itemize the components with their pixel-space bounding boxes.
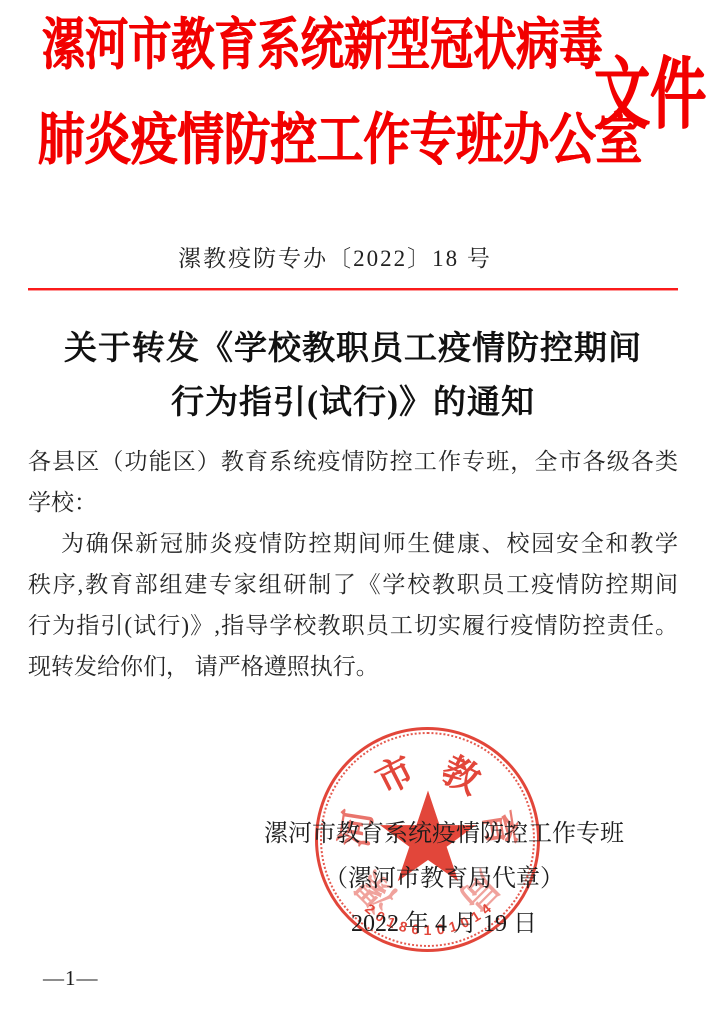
body-line: 学校：: [28, 482, 678, 523]
title-line-2: 行为指引(试行)》的通知: [0, 376, 706, 430]
body-text: 各县区（功能区）教育系统疫情防控工作专班，全市各级各类 学校： 为确保新冠肺炎疫…: [28, 441, 678, 687]
body-line: 秩序,教育部组建专家组研制了《学校教职员工疫情防控期间: [28, 564, 678, 605]
body-line: 各县区（功能区）教育系统疫情防控工作专班，全市各级各类: [28, 441, 678, 482]
document-number: 漯教疫防专办〔2022〕18 号: [0, 240, 670, 273]
signature-org: 漯河市教育系统疫情防控工作专班: [258, 812, 630, 857]
red-separator-rule: [28, 288, 678, 290]
page-number: —1—: [43, 966, 99, 991]
document-page: 漯河市教育系统新型冠状病毒 肺炎疫情防控工作专班办公室 文件 漯教疫防专办〔20…: [0, 0, 706, 1015]
signature-note: （漯河市教育局代章）: [258, 857, 630, 902]
signature-block: 漯河市教育系统疫情防控工作专班 （漯河市教育局代章） 2022 年 4 月 19…: [258, 812, 630, 947]
letterhead-line-1: 漯河市教育系统新型冠状病毒: [42, 18, 603, 74]
body-line: 行为指引(试行)》,指导学校教职员工切实履行疫情防控责任。: [28, 605, 678, 646]
letterhead-doc-word: 文件: [594, 56, 706, 134]
body-line: 为确保新冠肺炎疫情防控期间师生健康、校园安全和教学: [28, 523, 678, 564]
body-line: 现转发给你们， 请严格遵照执行。: [28, 646, 678, 687]
letterhead-line-2: 肺炎疫情防控工作专班办公室: [38, 113, 642, 169]
title-line-1: 关于转发《学校教职员工疫情防控期间: [0, 322, 706, 376]
signature-date: 2022 年 4 月 19 日: [258, 902, 630, 947]
document-title: 关于转发《学校教职员工疫情防控期间 行为指引(试行)》的通知: [0, 322, 706, 430]
